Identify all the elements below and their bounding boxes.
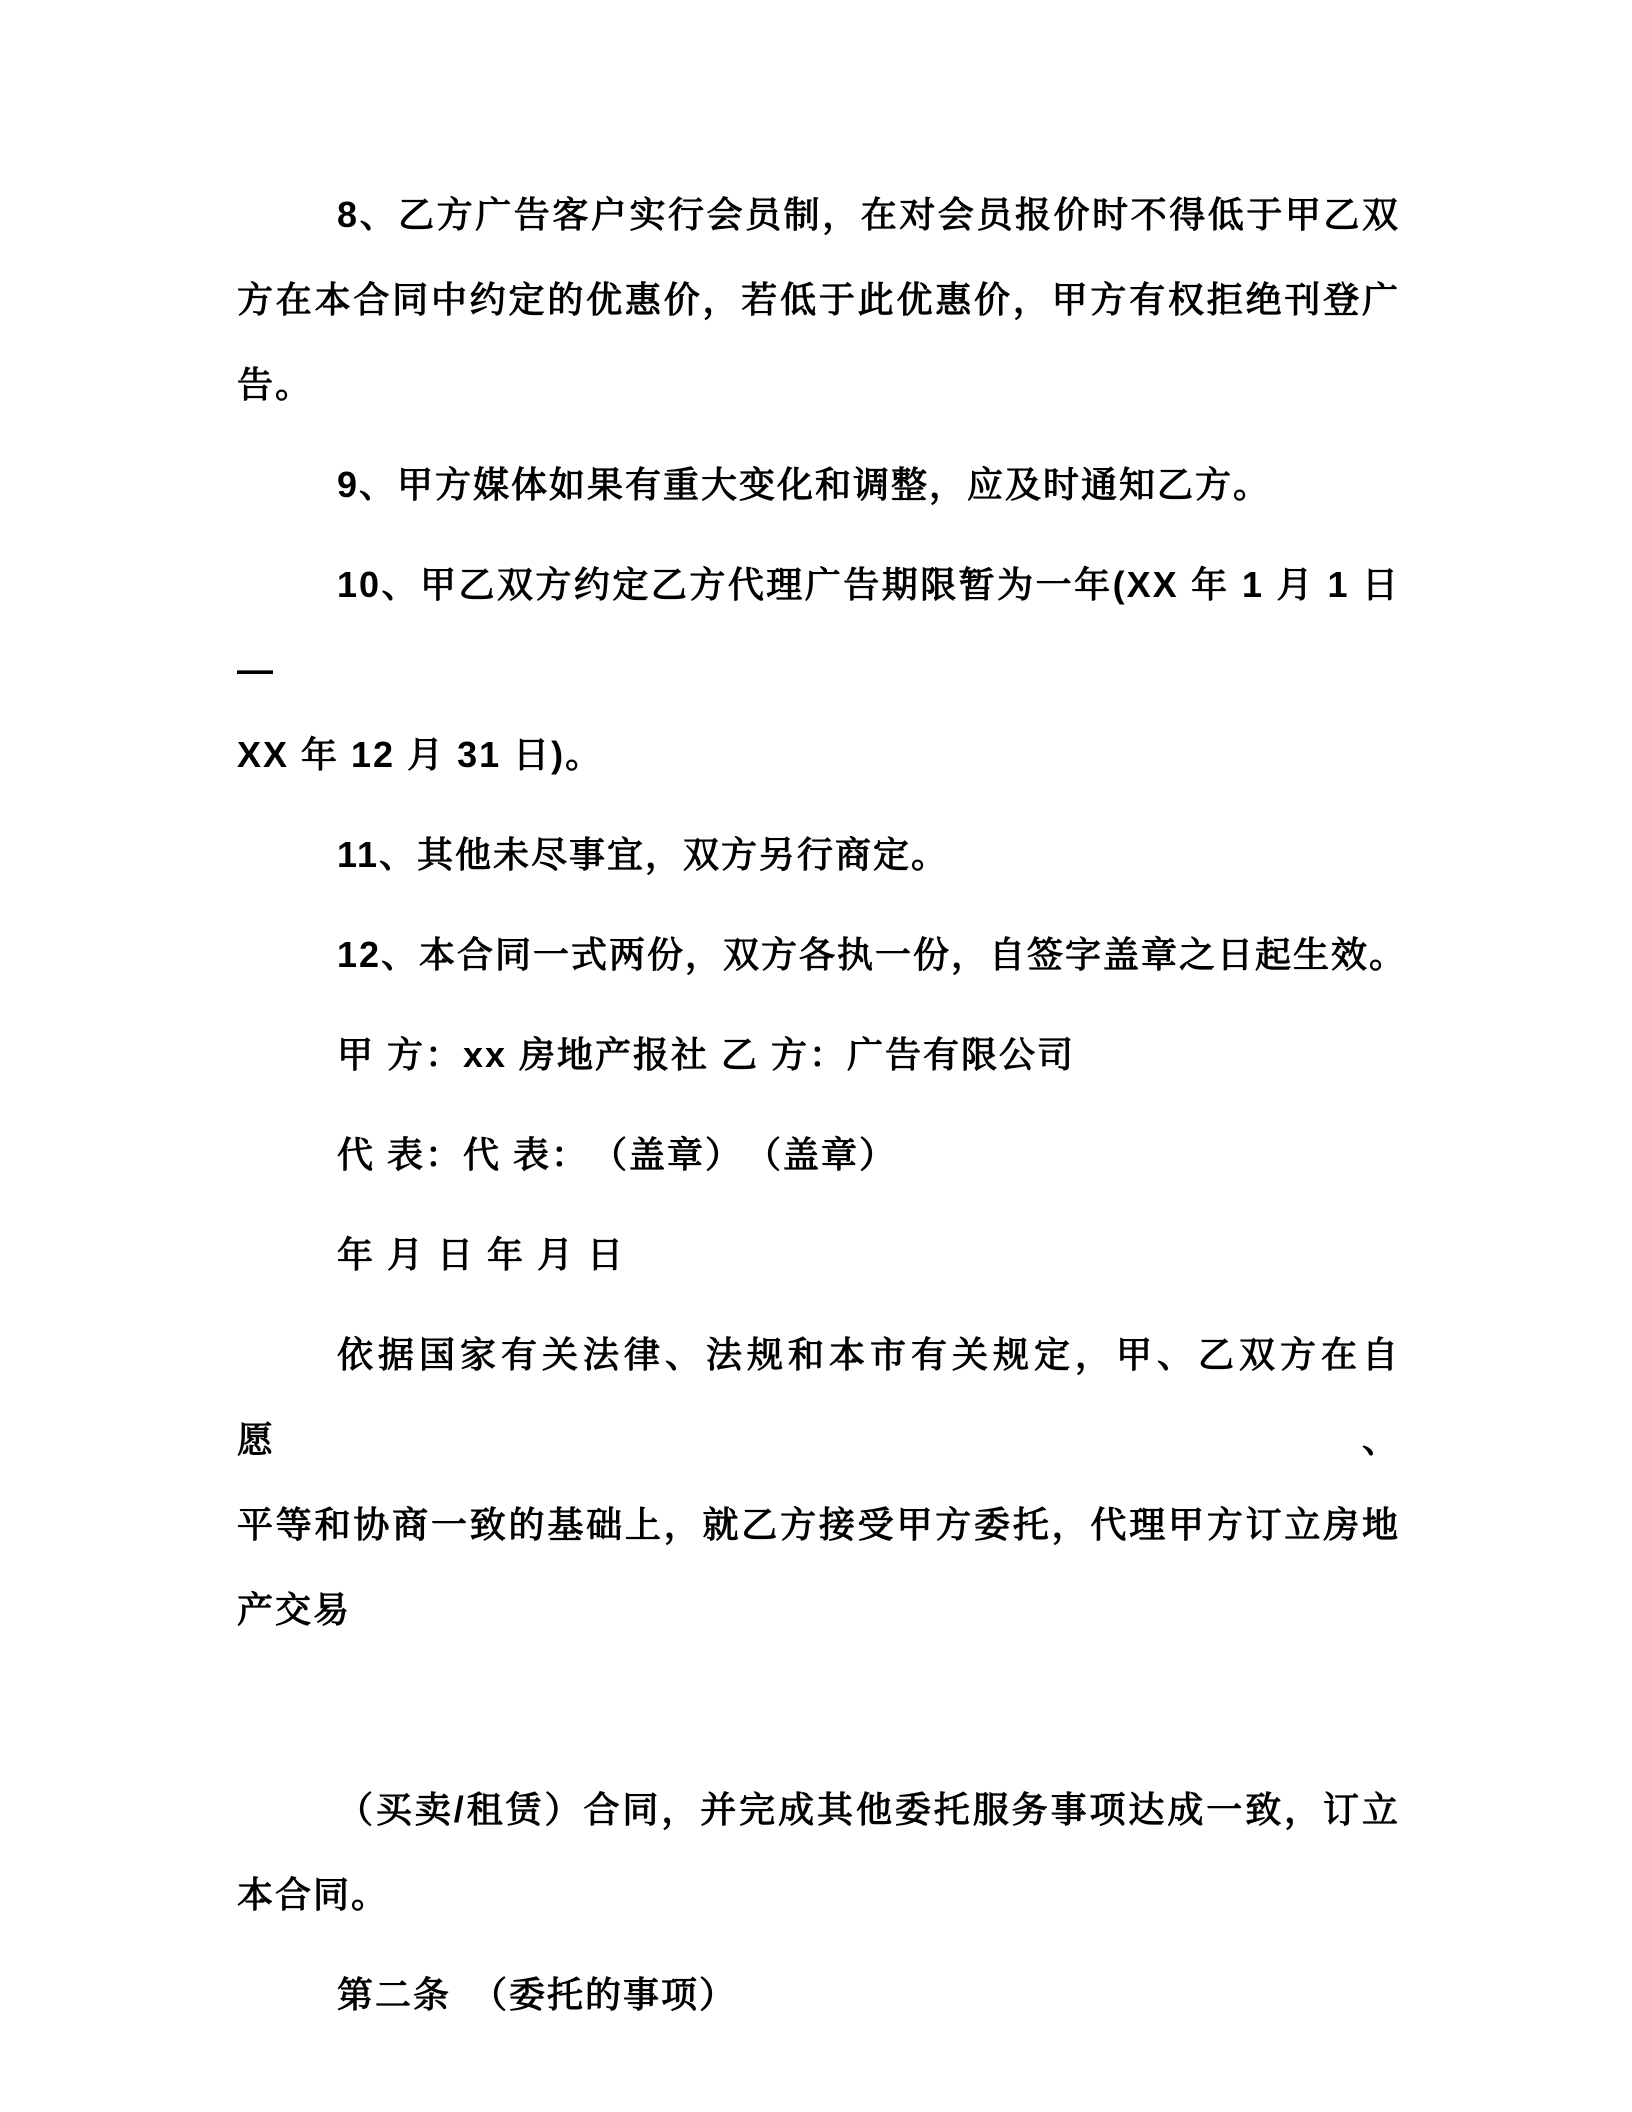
text-line: 10、甲乙双方约定乙方代理广告期限暂为一年(XX 年 1 月 1 日— <box>237 542 1400 712</box>
text-line: 依据国家有关法律、法规和本市有关规定，甲、乙双方在自愿、 <box>237 1312 1400 1482</box>
text-line: （买卖/租赁）合同，并完成其他委托服务事项达成一致，订立 <box>237 1767 1400 1852</box>
text-line: 8、乙方广告客户实行会员制，在对会员报价时不得低于甲乙双 <box>237 172 1400 257</box>
blank-spacer <box>237 1667 1400 1752</box>
clause-8: 8、乙方广告客户实行会员制，在对会员报价时不得低于甲乙双方在本合同中约定的优惠价… <box>237 172 1400 427</box>
text-line: 产交易 <box>237 1567 1400 1652</box>
text-line: 平等和协商一致的基础上，就乙方接受甲方委托，代理甲方订立房地 <box>237 1482 1400 1567</box>
clause-9: 9、甲方媒体如果有重大变化和调整，应及时通知乙方。 <box>237 442 1400 527</box>
text-line: 12、本合同一式两份，双方各执一份，自签字盖章之日起生效。 <box>237 912 1400 997</box>
text-line <box>237 1667 1400 1752</box>
preamble: 依据国家有关法律、法规和本市有关规定，甲、乙双方在自愿、平等和协商一致的基础上，… <box>237 1312 1400 1652</box>
contract-body: 8、乙方广告客户实行会员制，在对会员报价时不得低于甲乙双方在本合同中约定的优惠价… <box>237 172 1400 2052</box>
date-blanks-line: 年 月 日 年 月 日 <box>237 1212 1400 1297</box>
text-line: 本合同。 <box>237 1852 1400 1937</box>
clause-11: 11、其他未尽事宜，双方另行商定。 <box>237 812 1400 897</box>
text-line: 11、其他未尽事宜，双方另行商定。 <box>237 812 1400 897</box>
text-line: 方在本合同中约定的优惠价，若低于此优惠价，甲方有权拒绝刊登广 <box>237 257 1400 342</box>
text-line: 告。 <box>237 342 1400 427</box>
text-line: 年 月 日 年 月 日 <box>237 1212 1400 1297</box>
text-line: 甲 方：xx 房地产报社 乙 方：广告有限公司 <box>237 1012 1400 1097</box>
text-line: 9、甲方媒体如果有重大变化和调整，应及时通知乙方。 <box>237 442 1400 527</box>
article-2-heading: 第二条 （委托的事项） <box>237 1952 1400 2037</box>
text-line: XX 年 12 月 31 日)。 <box>237 712 1400 797</box>
party-names-line: 甲 方：xx 房地产报社 乙 方：广告有限公司 <box>237 1012 1400 1097</box>
representatives-line: 代 表：代 表： （盖章） （盖章） <box>237 1112 1400 1197</box>
contract-page: 8、乙方广告客户实行会员制，在对会员报价时不得低于甲乙双方在本合同中约定的优惠价… <box>0 0 1632 2112</box>
contract-type-sentence: （买卖/租赁）合同，并完成其他委托服务事项达成一致，订立本合同。 <box>237 1767 1400 1937</box>
clause-10: 10、甲乙双方约定乙方代理广告期限暂为一年(XX 年 1 月 1 日—XX 年 … <box>237 542 1400 797</box>
text-line: 第二条 （委托的事项） <box>237 1952 1400 2037</box>
clause-12: 12、本合同一式两份，双方各执一份，自签字盖章之日起生效。 <box>237 912 1400 997</box>
text-line: 代 表：代 表： （盖章） （盖章） <box>237 1112 1400 1197</box>
